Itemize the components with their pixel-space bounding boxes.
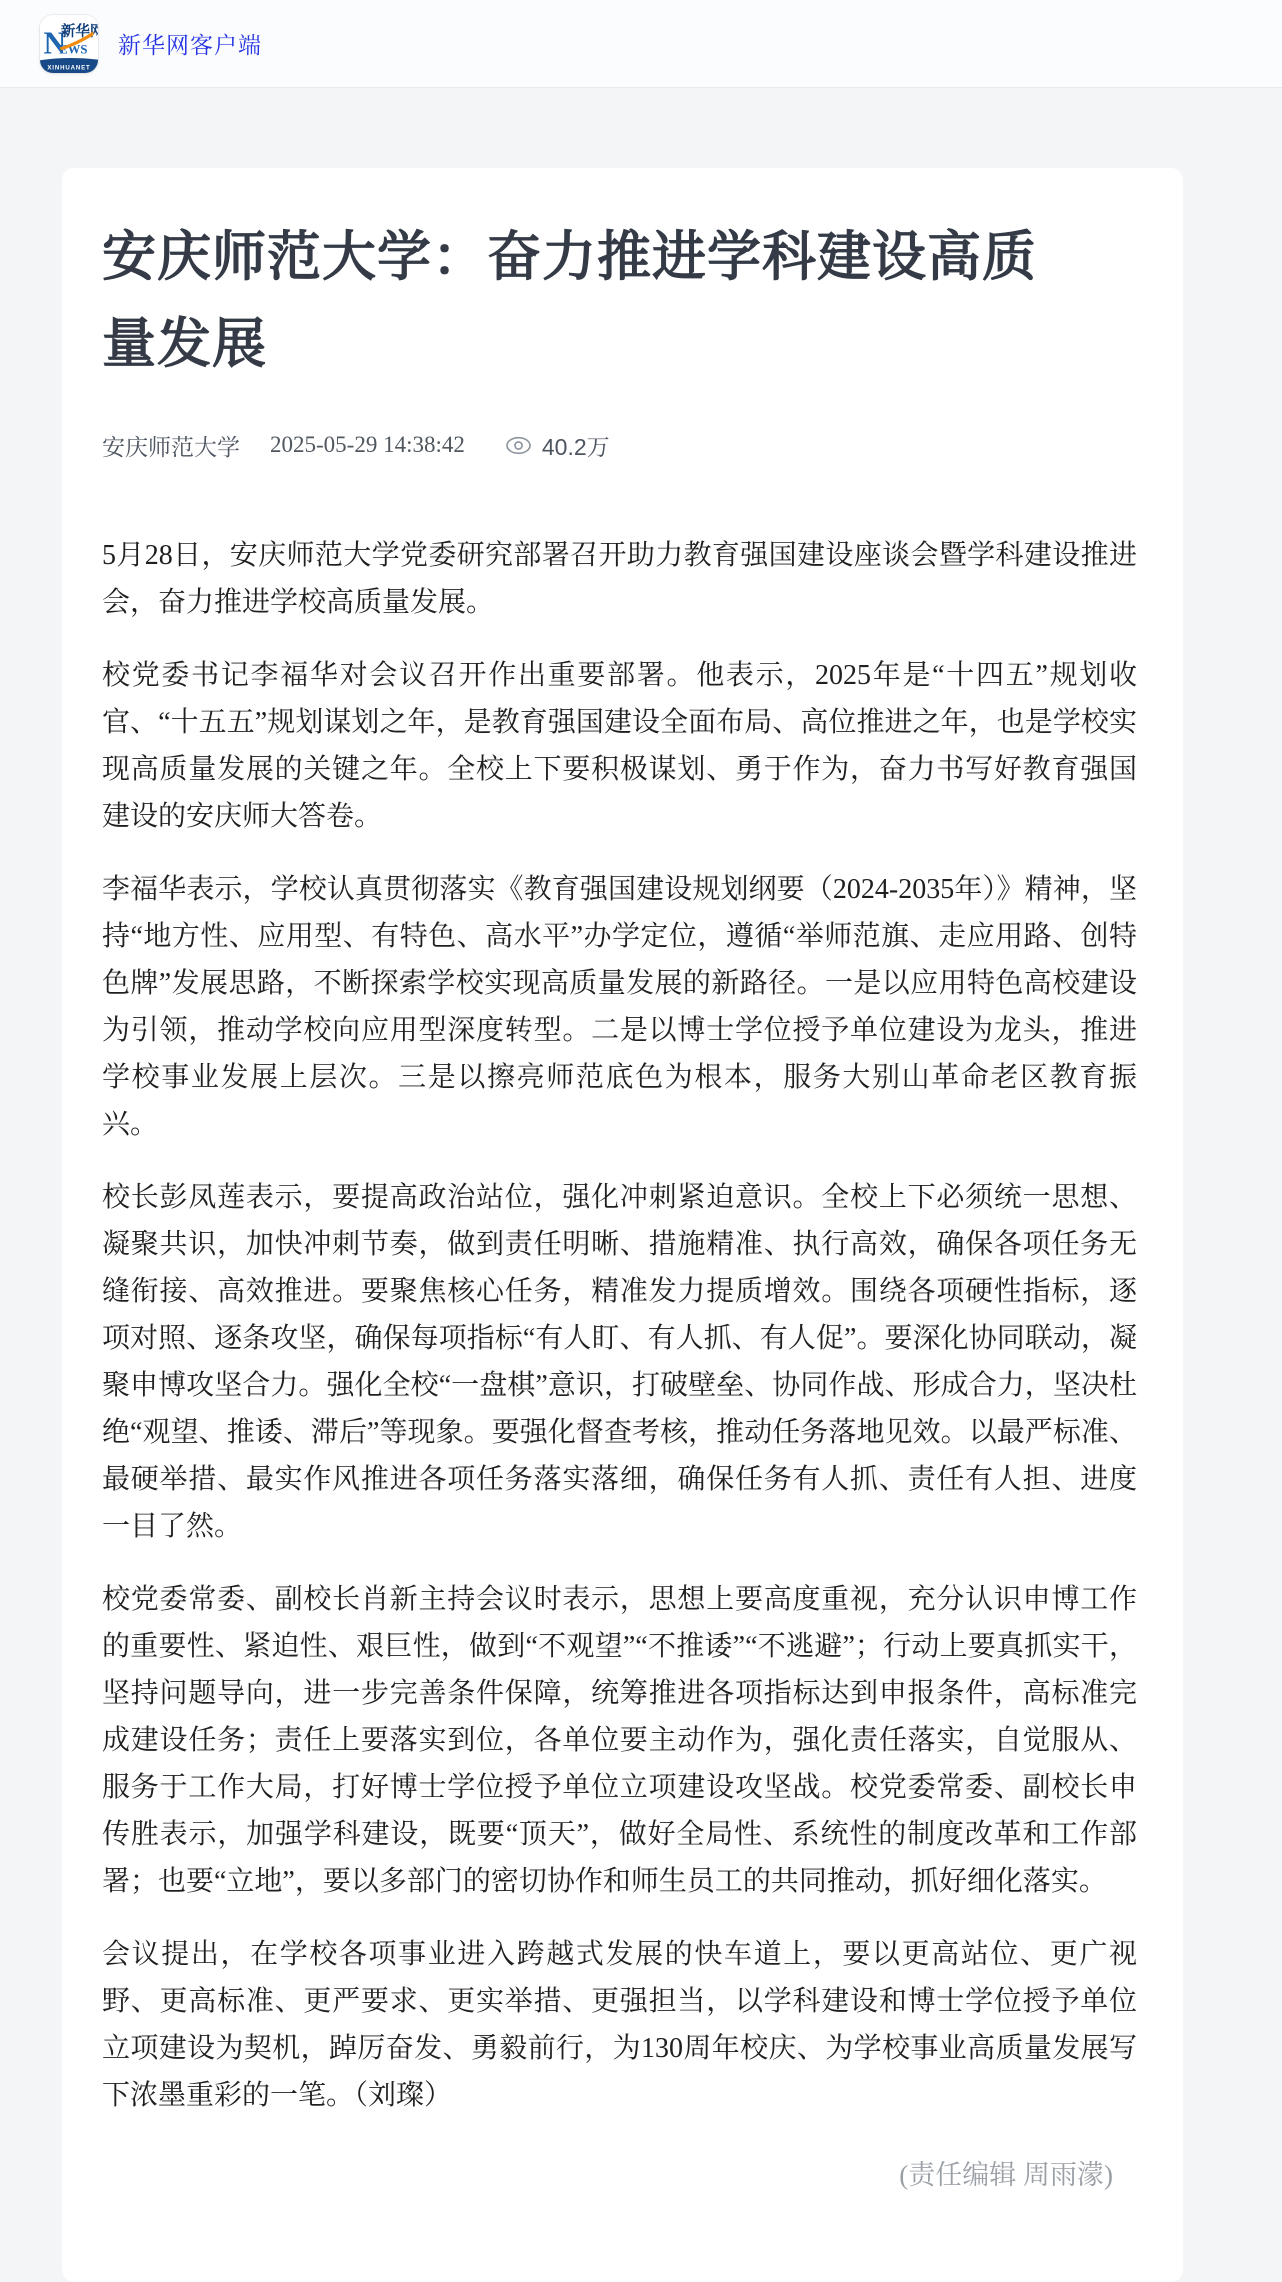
- article-source[interactable]: 安庆师范大学: [102, 429, 240, 462]
- xinhuanet-logo-icon[interactable]: N EWS 新华网 XINHUANET: [40, 15, 98, 73]
- article-meta-row: 安庆师范大学 2025-05-29 14:38:42 40.2万: [102, 429, 1143, 462]
- article-timestamp: 2025-05-29 14:38:42: [270, 432, 465, 458]
- article-paragraph: 李福华表示，学校认真贯彻落实《教育强国建设规划纲要（2024-2035年）》精神…: [102, 866, 1137, 1148]
- app-name-link[interactable]: 新华网客户端: [118, 27, 262, 60]
- view-count-value: 40.2万: [542, 429, 610, 462]
- article-body: 5月28日，安庆师范大学党委研究部署召开助力教育强国建设座谈会暨学科建设推进会，…: [102, 532, 1137, 2119]
- view-count: 40.2万: [505, 429, 610, 462]
- xinhuanet-logo-art: N EWS 新华网 XINHUANET: [40, 15, 98, 73]
- article-paragraph: 5月28日，安庆师范大学党委研究部署召开助力教育强国建设座谈会暨学科建设推进会，…: [102, 532, 1137, 626]
- logo-band-text: XINHUANET: [47, 64, 90, 71]
- article-paragraph: 校长彭凤莲表示，要提高政治站位，强化冲刺紧迫意识。全校上下必须统一思想、凝聚共识…: [102, 1174, 1137, 1550]
- logo-cn-text: 新华网: [61, 21, 98, 39]
- eye-icon: [505, 436, 532, 455]
- article-paragraph: 校党委常委、副校长肖新主持会议时表示，思想上要高度重视，充分认识申博工作的重要性…: [102, 1576, 1137, 1905]
- article-title: 安庆师范大学：奋力推进学科建设高质量发展: [102, 214, 1052, 389]
- app-header: N EWS 新华网 XINHUANET 新华网客户端: [0, 0, 1282, 88]
- article-paragraph: 会议提出，在学校各项事业进入跨越式发展的快车道上，要以更高站位、更广视野、更高标…: [102, 1931, 1137, 2119]
- article-paragraph: 校党委书记李福华对会议召开作出重要部署。他表示，2025年是“十四五”规划收官、…: [102, 652, 1137, 840]
- article-card: 安庆师范大学：奋力推进学科建设高质量发展 安庆师范大学 2025-05-29 1…: [62, 168, 1183, 2282]
- editor-note: (责任编辑 周雨濛): [102, 2153, 1143, 2192]
